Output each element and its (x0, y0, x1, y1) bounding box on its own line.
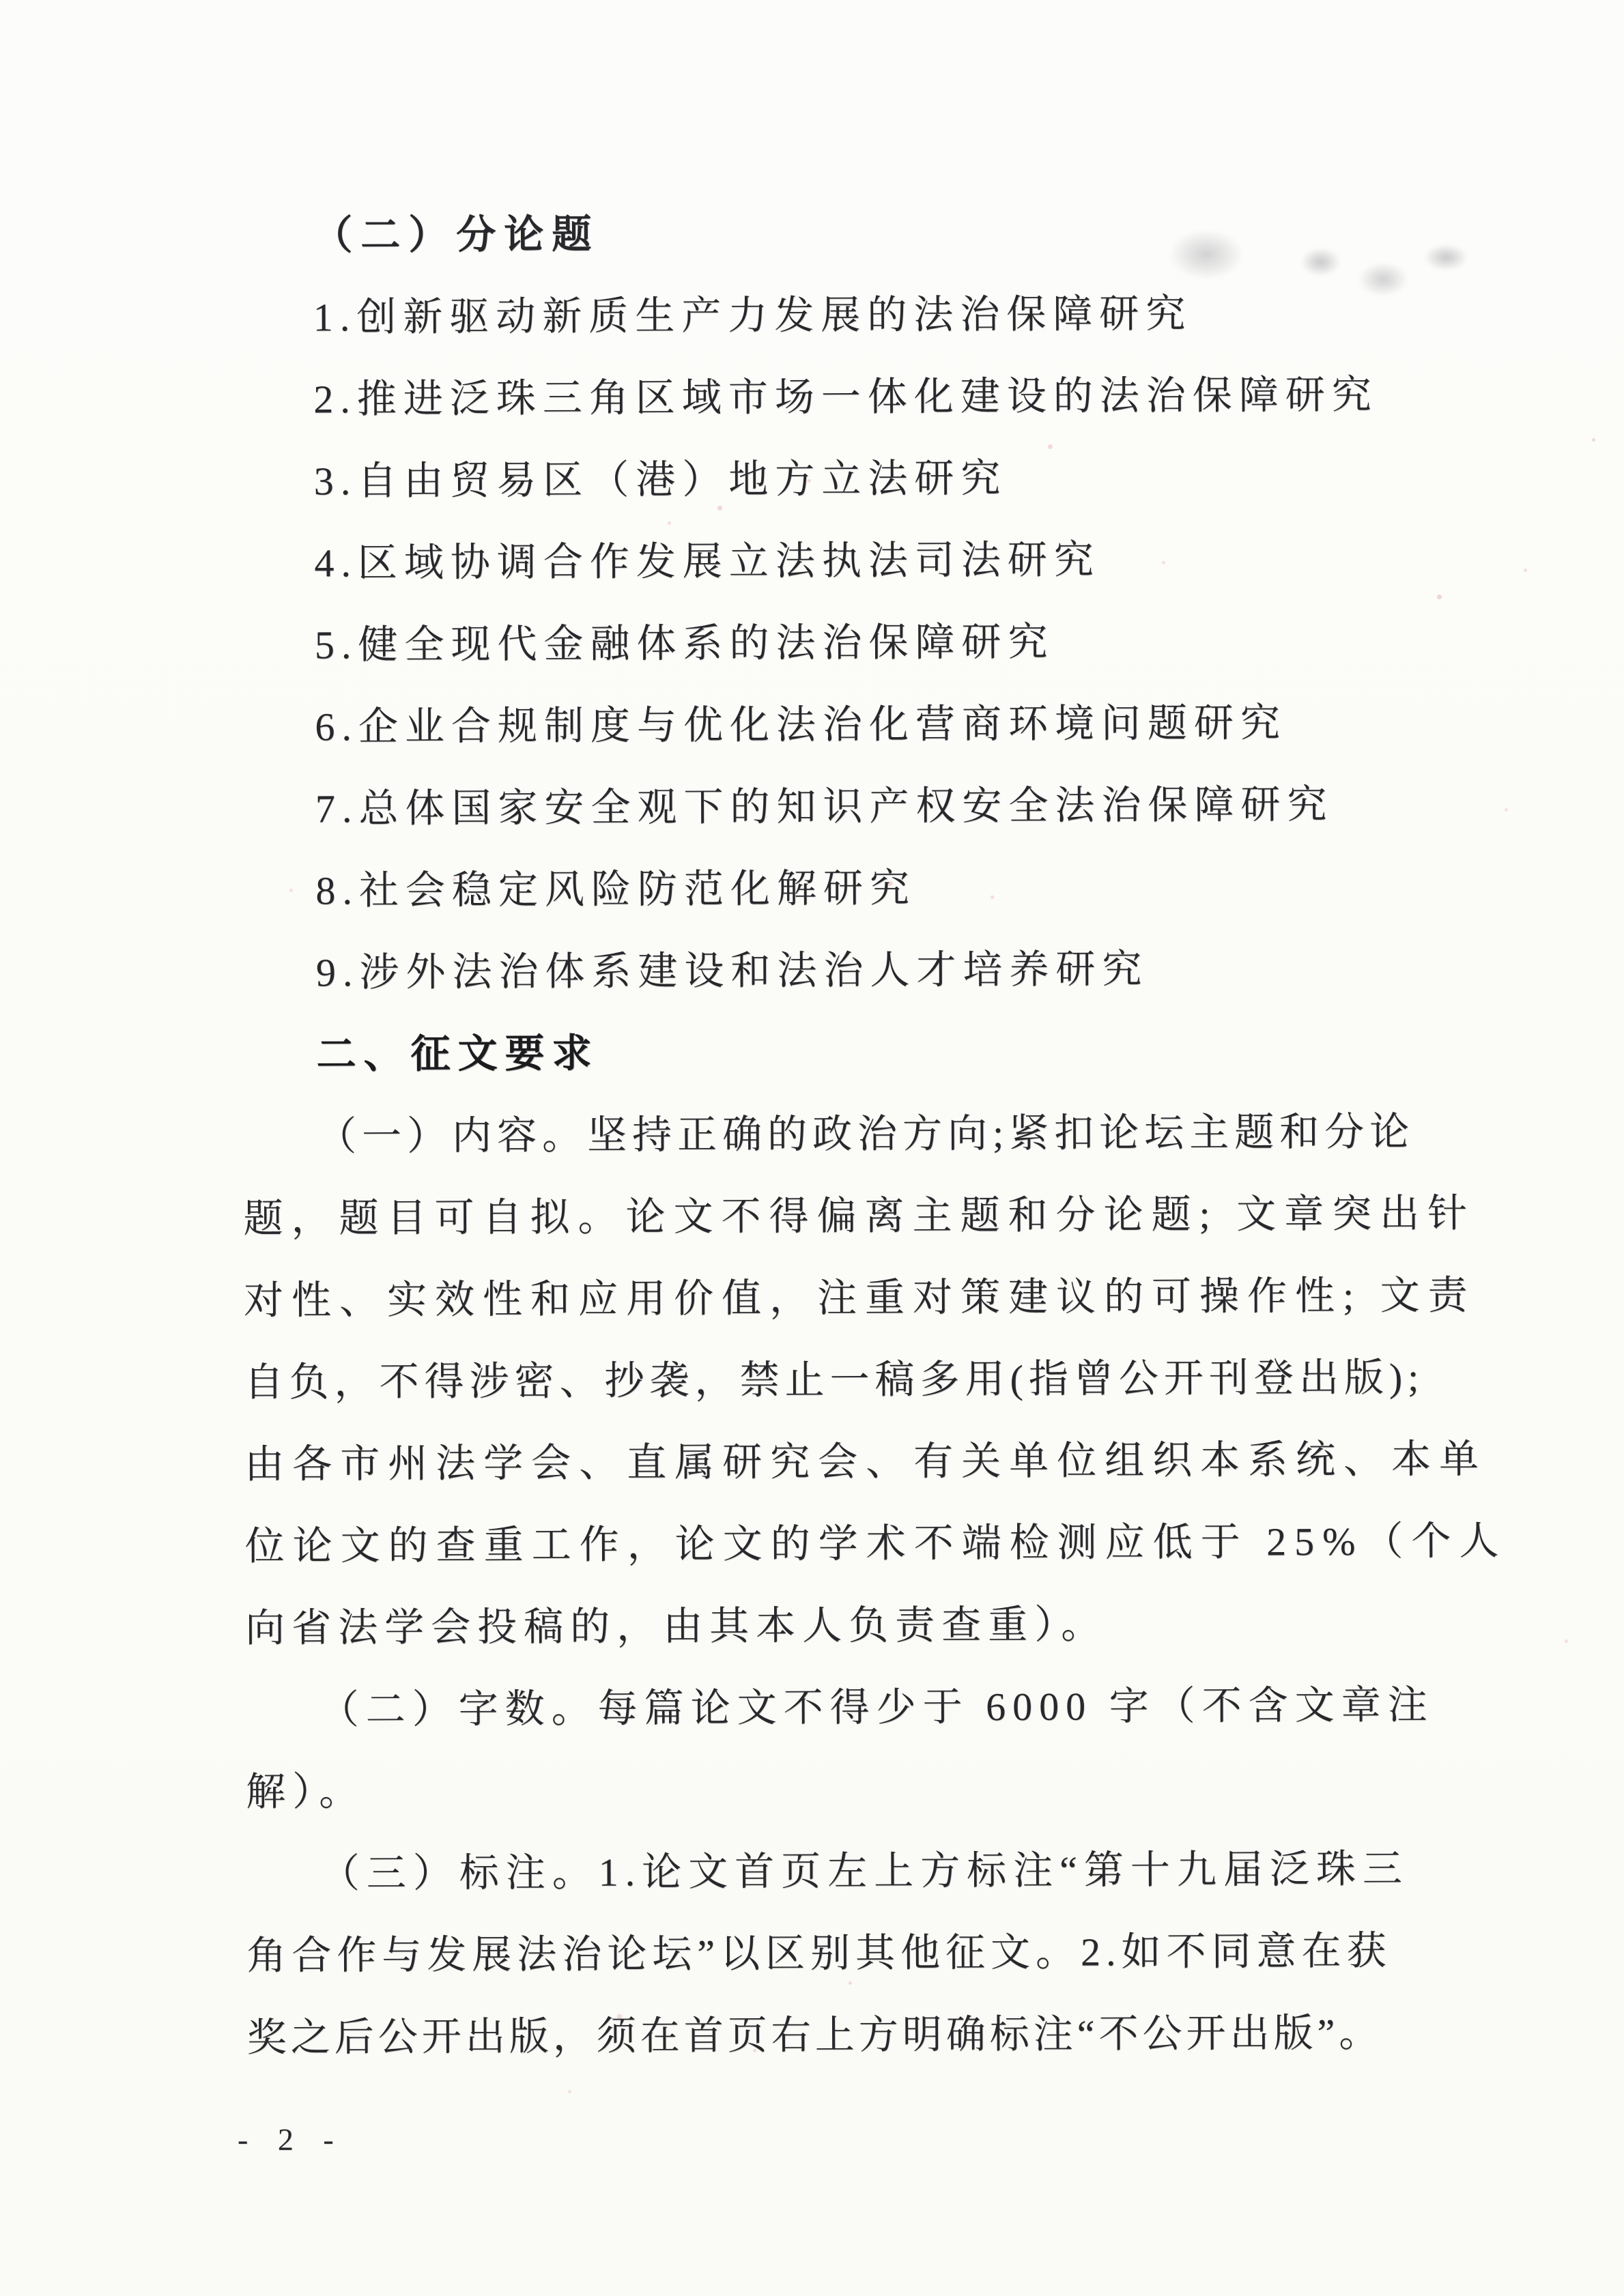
subtopic-item-7: 7.总体国家安全观下的知识产权安全法治保障研究 (242, 763, 1444, 850)
wordcount-para-line-1: （二）字数。每篇论文不得少于 6000 字（不含文章注 (245, 1664, 1447, 1751)
subtopic-item-5: 5.健全现代金融体系的法治保障研究 (241, 599, 1443, 687)
subtopic-item-4: 4.区域协调合作发展立法执法司法研究 (240, 517, 1442, 605)
subtopic-item-2: 2.推进泛珠三角区域市场一体化建设的法治保障研究 (240, 354, 1442, 441)
content-para-line-3: 对性、实效性和应用价值，注重对策建议的可操作性; 文责 (244, 1254, 1446, 1342)
requirements-heading: 二、征文要求 (242, 1009, 1444, 1096)
subtopic-item-8: 8.社会稳定风险防范化解研究 (242, 845, 1444, 932)
subtopic-item-1: 1.创新驱动新质生产力发展的法治保障研究 (240, 272, 1442, 359)
document-page: （二）分论题 1.创新驱动新质生产力发展的法治保障研究 2.推进泛珠三角区域市场… (0, 0, 1624, 2296)
subtopic-item-3: 3.自由贸易区（港）地方立法研究 (240, 435, 1442, 523)
subtopic-item-9: 9.涉外法治体系建设和法治人才培养研究 (242, 927, 1444, 1014)
page-content: （二）分论题 1.创新驱动新质生产力发展的法治保障研究 2.推进泛珠三角区域市场… (239, 190, 1449, 2079)
subtopic-item-6: 6.企业合规制度与优化法治化营商环境问题研究 (241, 681, 1443, 769)
annotation-para-line-1: （三）标注。1.论文首页左上方标注“第十九届泛珠三 (246, 1828, 1448, 1915)
content-para-line-1: （一）内容。坚持正确的政治方向;紧扣论坛主题和分论 (243, 1091, 1445, 1178)
subtopics-heading: （二）分论题 (239, 190, 1441, 277)
content-para-line-6: 位论文的查重工作，论文的学术不端检测应低于 25%（个人 (244, 1500, 1447, 1588)
wordcount-para-line-2: 解）。 (246, 1746, 1448, 1833)
content-para-line-5: 由各市州法学会、直属研究会、有关单位组织本系统、本单 (244, 1418, 1447, 1506)
annotation-para-line-3: 奖之后公开出版，须在首页右上方明确标注“不公开出版”。 (247, 1992, 1449, 2079)
content-para-line-7: 向省法学会投稿的，由其本人负责查重）。 (245, 1582, 1447, 1669)
annotation-para-line-2: 角合作与发展法治论坛”以区别其他征文。2.如不同意在获 (246, 1910, 1449, 1997)
page-number: - 2 - (238, 2121, 345, 2157)
scan-artifact-speckles (0, 0, 3, 3)
content-para-line-4: 自负，不得涉密、抄袭，禁止一稿多用(指曾公开刊登出版); (244, 1336, 1446, 1424)
content-para-line-2: 题，题目可自拟。论文不得偏离主题和分论题; 文章突出针 (243, 1173, 1445, 1260)
